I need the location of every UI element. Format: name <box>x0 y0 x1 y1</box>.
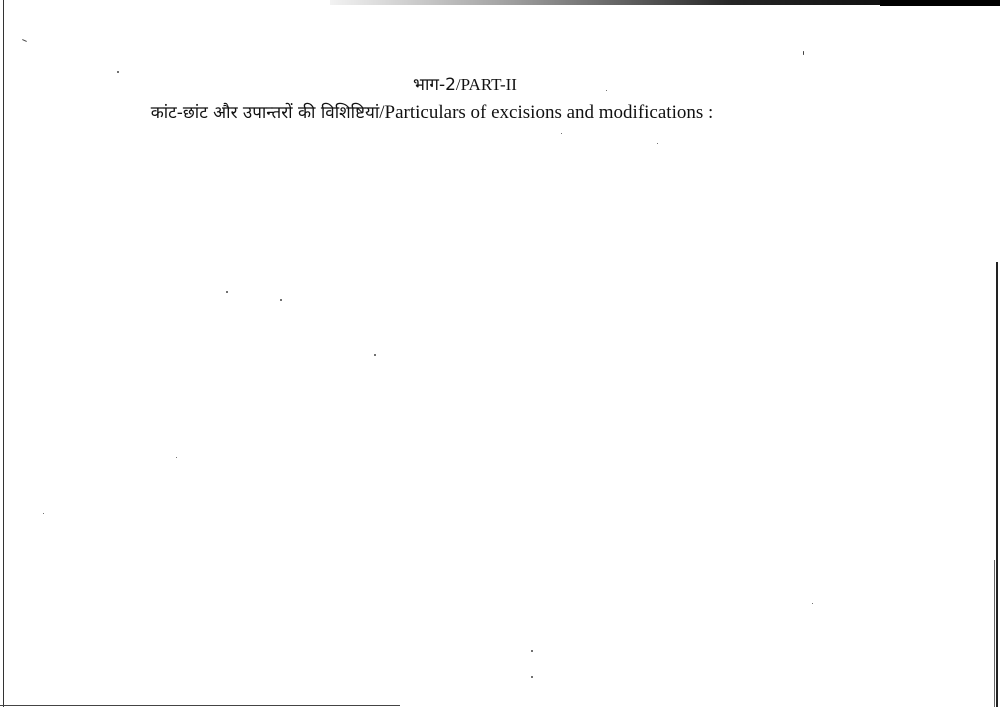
scan-speck <box>22 39 27 42</box>
scan-speck <box>531 650 533 652</box>
part-label-hindi: भाग-2 <box>413 75 456 95</box>
subtitle-english: Particulars of excisions and modificatio… <box>385 102 714 123</box>
subtitle-hindi: कांट-छांट और उपान्तरों की विशिष्टियां <box>151 103 380 123</box>
scan-speck <box>657 143 658 144</box>
scanned-page: भाग-2/PART-II कांट-छांट और उपान्तरों की … <box>0 0 1000 707</box>
scan-speck <box>176 457 177 458</box>
scan-edge-right-inner <box>994 560 995 707</box>
section-subtitle: कांट-छांट और उपान्तरों की विशिष्टियां/Pa… <box>0 100 932 124</box>
scan-speck <box>226 291 228 293</box>
scan-speck <box>280 299 282 301</box>
scan-edge-right <box>996 262 998 707</box>
scan-edge-corner <box>880 0 1000 6</box>
part-heading: भाग-2/PART-II <box>0 72 965 95</box>
scan-speck <box>374 354 376 356</box>
scan-speck <box>531 676 533 678</box>
scan-speck <box>803 51 804 55</box>
scan-speck <box>606 90 607 91</box>
scan-edge-bottom <box>0 705 400 706</box>
scan-speck <box>117 71 119 73</box>
scan-speck <box>43 513 44 514</box>
part-label-english: PART-II <box>461 75 517 94</box>
scan-speck <box>561 133 562 134</box>
scan-speck <box>812 603 813 604</box>
